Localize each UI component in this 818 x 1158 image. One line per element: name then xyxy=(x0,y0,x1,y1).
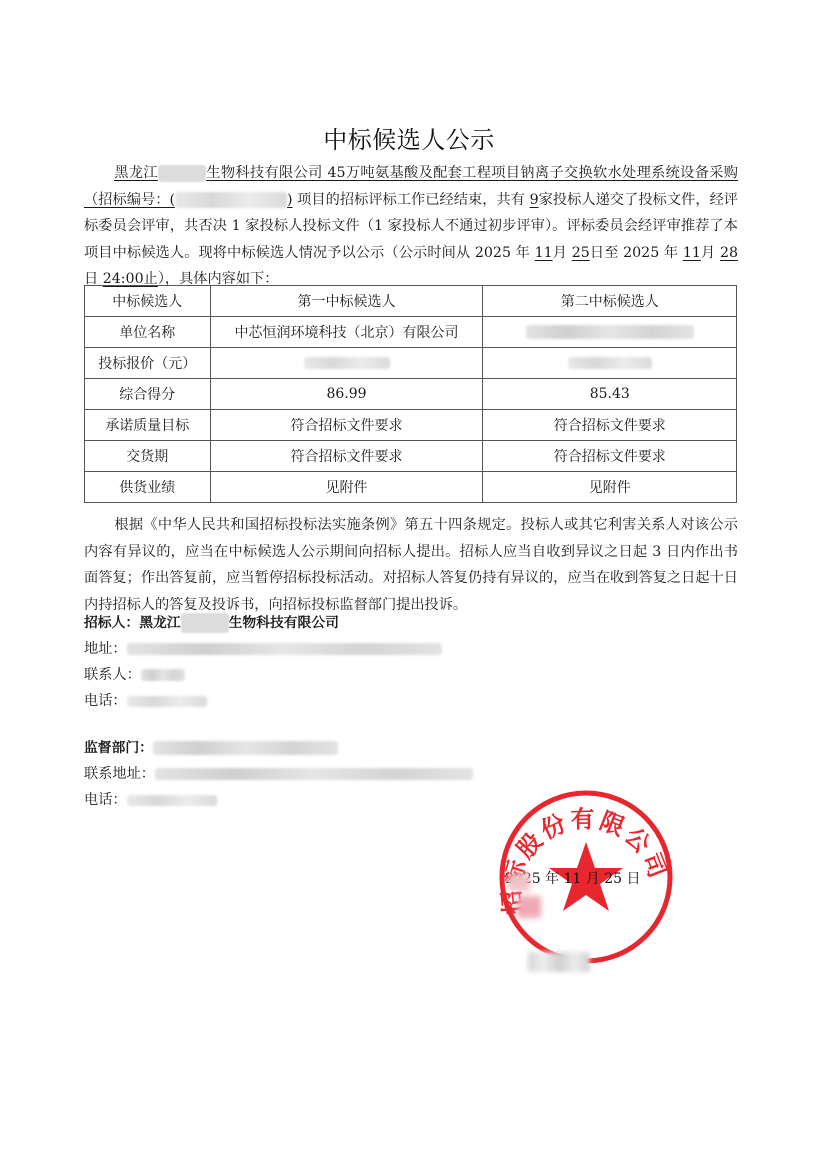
second-candidate-name xyxy=(483,317,737,348)
row-label: 单位名称 xyxy=(85,317,211,348)
row-label: 投标报价（元） xyxy=(85,348,211,379)
header-cell: 中标候选人 xyxy=(85,286,211,317)
tenderer-name-row: 招标人：黑龙江生物科技有限公司 xyxy=(84,610,442,636)
redacted-signature xyxy=(528,952,590,972)
table-header-row: 中标候选人 第一中标候选人 第二中标候选人 xyxy=(85,286,737,317)
row-label: 综合得分 xyxy=(85,379,211,410)
tenderer-contact-row: 联系人： xyxy=(84,662,442,688)
tenderer-section: 招标人：黑龙江生物科技有限公司 地址： 联系人： 电话： xyxy=(84,610,442,714)
second-candidate-price xyxy=(483,348,737,379)
redacted-value xyxy=(568,357,652,369)
tenderer-phone-row: 电话： xyxy=(84,688,442,714)
redacted-phone xyxy=(127,795,217,806)
first-candidate-name: 中芯恒润环境科技（北京）有限公司 xyxy=(210,317,483,348)
row-label: 承诺质量目标 xyxy=(85,410,211,441)
second-candidate-quality: 符合招标文件要求 xyxy=(483,410,737,441)
table-row: 供货业绩 见附件 见附件 xyxy=(85,472,737,503)
start-month: 11 xyxy=(535,245,553,261)
bid-number: （招标编号：() xyxy=(84,192,293,208)
table-row: 综合得分 86.99 85.43 xyxy=(85,379,737,410)
month-char-2: 月 xyxy=(701,245,715,261)
header-cell: 第二中标候选人 xyxy=(483,286,737,317)
project-title: 黑龙江生物科技有限公司 45万吨氨基酸及配套工程项目钠离子交换软水处理系统设备采… xyxy=(114,165,738,181)
intro-text-c: 日至 2025 年 xyxy=(590,245,678,261)
redacted-value xyxy=(526,325,694,339)
announcement-page: 中标候选人公示 黑龙江生物科技有限公司 45万吨氨基酸及配套工程项目钠离子交换软… xyxy=(0,0,818,1158)
second-candidate-score: 85.43 xyxy=(483,379,737,410)
redacted-address xyxy=(155,768,473,780)
redacted-contact xyxy=(141,669,185,681)
row-label: 供货业绩 xyxy=(85,472,211,503)
tenderer-name-suffix: 生物科技有限公司 xyxy=(229,615,339,631)
legal-notice-text: 根据《中华人民共和国招标投标法实施条例》第五十四条规定。投标人或其它利害关系人对… xyxy=(84,517,738,613)
second-candidate-performance: 见附件 xyxy=(483,472,737,503)
table-row: 承诺质量目标 符合招标文件要求 符合招标文件要求 xyxy=(85,410,737,441)
end-day: 28 xyxy=(720,245,738,261)
supervisor-phone-row: 电话： xyxy=(84,787,473,813)
first-candidate-price xyxy=(210,348,483,379)
redacted-value xyxy=(304,357,390,369)
header-cell: 第一中标候选人 xyxy=(210,286,483,317)
row-label: 交货期 xyxy=(85,441,211,472)
table-row: 投标报价（元） xyxy=(85,348,737,379)
redacted-address xyxy=(127,643,442,655)
tenderer-address-row: 地址： xyxy=(84,636,442,662)
first-candidate-quality: 符合招标文件要求 xyxy=(210,410,483,441)
tenderer-name-prefix: 黑龙江 xyxy=(139,615,180,631)
first-candidate-score: 86.99 xyxy=(210,379,483,410)
redacted-phone xyxy=(127,696,207,707)
redacted-org-name xyxy=(158,165,206,182)
intro-paragraph: 黑龙江生物科技有限公司 45万吨氨基酸及配套工程项目钠离子交换软水处理系统设备采… xyxy=(84,160,738,293)
redacted-seal-part xyxy=(517,896,541,918)
supervisor-label: 监督部门： xyxy=(84,740,153,756)
org-suffix: 生物科技有限公司 xyxy=(206,165,323,181)
address-label: 地址： xyxy=(84,636,127,662)
phone-label: 电话： xyxy=(84,688,127,714)
page-title: 中标候选人公示 xyxy=(0,120,818,155)
org-prefix: 黑龙江 xyxy=(114,165,158,181)
supervisor-name-row: 监督部门： xyxy=(84,735,473,761)
second-candidate-delivery: 符合招标文件要求 xyxy=(483,441,737,472)
table-row: 单位名称 中芯恒润环境科技（北京）有限公司 xyxy=(85,317,737,348)
start-day: 25 xyxy=(572,245,590,261)
bid-number-close: ) xyxy=(287,192,293,208)
intro-text-a: 项目的招标评标工作已经结束，共有 xyxy=(297,192,525,208)
bid-number-label: （招标编号：( xyxy=(84,192,175,208)
redacted-supervisor-name xyxy=(153,741,338,755)
month-char: 月 xyxy=(553,245,567,261)
project-name: 45万吨氨基酸及配套工程项目钠离子交换软水处理系统设备采购 xyxy=(327,165,738,181)
redacted-org-name xyxy=(181,613,229,633)
contact-label: 联系人： xyxy=(84,662,141,688)
end-month: 11 xyxy=(683,245,701,261)
first-candidate-delivery: 符合招标文件要求 xyxy=(210,441,483,472)
redacted-bid-number xyxy=(175,192,287,208)
tenderer-label: 招标人： xyxy=(84,615,139,631)
first-candidate-performance: 见附件 xyxy=(210,472,483,503)
candidates-table: 中标候选人 第一中标候选人 第二中标候选人 单位名称 中芯恒润环境科技（北京）有… xyxy=(84,285,737,503)
supervisor-address-row: 联系地址： xyxy=(84,761,473,787)
bidder-count: 9 xyxy=(530,192,539,208)
legal-notice-paragraph: 根据《中华人民共和国招标投标法实施条例》第五十四条规定。投标人或其它利害关系人对… xyxy=(84,512,738,618)
address-label: 联系地址： xyxy=(84,761,155,787)
redacted-seal-part xyxy=(508,873,530,891)
supervisor-section: 监督部门： 联系地址： 电话： xyxy=(84,735,473,813)
table-row: 交货期 符合招标文件要求 符合招标文件要求 xyxy=(85,441,737,472)
phone-label: 电话： xyxy=(84,787,127,813)
